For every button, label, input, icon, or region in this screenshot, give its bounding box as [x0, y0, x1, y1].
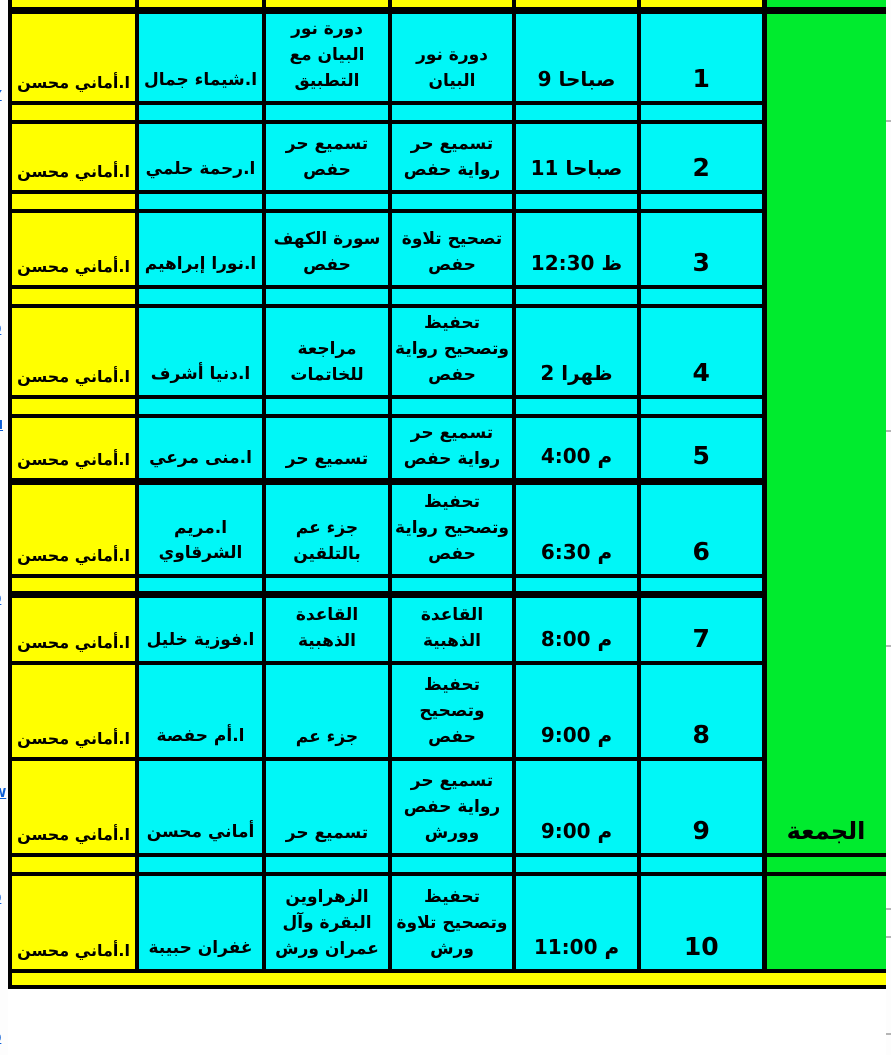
gridline-tick [886, 908, 891, 910]
schedule-table: ا.أماني محسن ا.شيماء جمال دورة نور البيا… [8, 0, 891, 989]
cell-top-strip [514, 0, 639, 10]
spacer-cell [390, 103, 514, 122]
cell-lesson-type[interactable]: تحفيظ وتصحيح رواية حفص [390, 482, 514, 576]
cell-time[interactable]: ظهرا 2 [514, 306, 639, 397]
cell-lesson-detail[interactable]: سورة الكهف حفص [264, 211, 390, 287]
spacer-cell [10, 192, 137, 211]
cell-teacher[interactable]: أماني محسن [137, 759, 264, 855]
cell-teacher[interactable]: ا.رحمة حلمي [137, 122, 264, 192]
spacer-cell [137, 103, 264, 122]
cell-day-top-strip [764, 0, 888, 10]
cell-lesson-type[interactable]: تسميع حر رواية حفص وورش [390, 759, 514, 855]
table-row-spacer [10, 855, 888, 874]
cell-supervisor[interactable]: ا.أماني محسن [10, 759, 137, 855]
spacer-cell [639, 287, 764, 306]
cell-session-number[interactable]: 7 [639, 595, 764, 663]
cell-lesson-type[interactable]: تحفيظ وتصحيح تلاوة ورش [390, 874, 514, 971]
table-row: ا.أماني محسن ا.فوزية خليل القاعدة الذهبي… [10, 595, 888, 663]
cell-supervisor[interactable]: ا.أماني محسن [10, 482, 137, 576]
table-row: ا.أماني محسن ا.دنيا أشرف مراجعة للخاتمات… [10, 306, 888, 397]
cell-teacher[interactable]: غفران حبيبة [137, 874, 264, 971]
cell-lesson-detail[interactable]: القاعدة الذهبية [264, 595, 390, 663]
hyperlink-fragment: 0 [0, 322, 8, 336]
spacer-cell [137, 855, 264, 874]
table-row: ا.أماني محسن غفران حبيبة الزهراوين البقر… [10, 874, 888, 971]
cell-time[interactable]: م 11:00 [514, 874, 639, 971]
hyperlink-fragment: 0 [0, 1031, 8, 1045]
cell-day-bottom [764, 874, 888, 971]
spacer-cell [639, 576, 764, 595]
cell-lesson-detail[interactable]: مراجعة للخاتمات [264, 306, 390, 397]
cell-lesson-detail[interactable]: جزء عم [264, 663, 390, 759]
cell-lesson-type[interactable]: تحفيظ وتصحيح رواية حفص [390, 306, 514, 397]
cell-top-strip [639, 0, 764, 10]
cell-session-number[interactable]: 10 [639, 874, 764, 971]
cell-top-strip [264, 0, 390, 10]
table-row: ا.أماني محسن أماني محسن تسميع حر تسميع ح… [10, 759, 888, 855]
hyperlink-fragment: W [0, 786, 8, 800]
cell-lesson-type[interactable]: تسميع حر رواية حفص [390, 122, 514, 192]
cell-time[interactable]: م 9:00 [514, 759, 639, 855]
spacer-cell [390, 287, 514, 306]
cell-bottom-strip [10, 971, 888, 987]
cell-lesson-detail[interactable]: تسميع حر حفص [264, 122, 390, 192]
cell-session-number[interactable]: 9 [639, 759, 764, 855]
cropped-left-column: Y 0 N 0 W 0 0 [0, 0, 8, 1055]
cell-teacher[interactable]: ا.دنيا أشرف [137, 306, 264, 397]
spacer-cell [10, 397, 137, 416]
cell-lesson-detail[interactable]: الزهراوين البقرة وآل عمران ورش [264, 874, 390, 971]
spacer-cell [514, 287, 639, 306]
table-row: ا.أماني محسن ا.شيماء جمال دورة نور البيا… [10, 10, 888, 103]
spacer-cell [10, 855, 137, 874]
table-row: ا.أماني محسن ا.رحمة حلمي تسميع حر حفص تس… [10, 122, 888, 192]
table-row: ا.أماني محسن ا.منى مرعي تسميع حر تسميع ح… [10, 416, 888, 482]
table-row-spacer [10, 192, 888, 211]
cell-time[interactable]: م 8:00 [514, 595, 639, 663]
cell-time[interactable]: م 9:00 [514, 663, 639, 759]
gridline-tick [886, 936, 891, 938]
table-row-spacer [10, 287, 888, 306]
spreadsheet-screenshot: Y 0 N 0 W 0 0 ا.أما [0, 0, 891, 1055]
cell-top-strip [10, 0, 137, 10]
spacer-cell [514, 192, 639, 211]
spacer-cell [264, 576, 390, 595]
table-row-top-strip [10, 0, 888, 10]
spacer-cell [514, 103, 639, 122]
cell-supervisor[interactable]: ا.أماني محسن [10, 10, 137, 103]
cell-supervisor[interactable]: ا.أماني محسن [10, 663, 137, 759]
spacer-cell [137, 576, 264, 595]
cell-teacher[interactable]: ا.مريم الشرقاوي [137, 482, 264, 576]
cell-teacher[interactable]: ا.نورا إبراهيم [137, 211, 264, 287]
table-row-bottom-strip [10, 971, 888, 987]
spacer-cell [137, 192, 264, 211]
spacer-cell [390, 576, 514, 595]
spacer-cell [639, 192, 764, 211]
cropped-right-gridline-strip [886, 0, 891, 1055]
spacer-cell [514, 855, 639, 874]
cell-lesson-type[interactable]: دورة نور البيان [390, 10, 514, 103]
cell-top-strip [137, 0, 264, 10]
cell-session-number[interactable]: 5 [639, 416, 764, 482]
cell-time[interactable]: ظ 12:30 [514, 211, 639, 287]
gridline-tick [886, 1033, 891, 1035]
spacer-cell [10, 103, 137, 122]
cell-teacher[interactable]: ا.أم حفصة [137, 663, 264, 759]
spacer-cell [390, 192, 514, 211]
gridline-tick [886, 645, 891, 647]
cell-day-friday[interactable]: الجمعة [764, 10, 888, 855]
gridline-tick [886, 120, 891, 122]
cell-supervisor[interactable]: ا.أماني محسن [10, 211, 137, 287]
spacer-cell [10, 576, 137, 595]
cell-supervisor[interactable]: ا.أماني محسن [10, 306, 137, 397]
cell-session-number[interactable]: 1 [639, 10, 764, 103]
table-row: ا.أماني محسن ا.مريم الشرقاوي جزء عم بالت… [10, 482, 888, 576]
table-row: ا.أماني محسن ا.نورا إبراهيم سورة الكهف ح… [10, 211, 888, 287]
cell-teacher[interactable]: ا.فوزية خليل [137, 595, 264, 663]
spacer-cell [264, 192, 390, 211]
cell-supervisor[interactable]: ا.أماني محسن [10, 595, 137, 663]
cell-session-number[interactable]: 6 [639, 482, 764, 576]
hyperlink-fragment: Y [0, 88, 8, 102]
spacer-cell [390, 397, 514, 416]
cell-supervisor[interactable]: ا.أماني محسن [10, 874, 137, 971]
spacer-cell [137, 397, 264, 416]
cell-lesson-type[interactable]: تحفيظ وتصحيح حفص [390, 663, 514, 759]
cell-lesson-type[interactable]: القاعدة الذهبية [390, 595, 514, 663]
cell-top-strip [390, 0, 514, 10]
spacer-cell [390, 855, 514, 874]
table-row-spacer [10, 103, 888, 122]
cell-session-number[interactable]: 4 [639, 306, 764, 397]
cell-teacher[interactable]: ا.منى مرعي [137, 416, 264, 482]
table-row: ا.أماني محسن ا.أم حفصة جزء عم تحفيظ وتصح… [10, 663, 888, 759]
spacer-cell [639, 855, 764, 874]
cell-lesson-detail[interactable]: تسميع حر [264, 416, 390, 482]
gridline-tick [886, 430, 891, 432]
cell-session-number[interactable]: 2 [639, 122, 764, 192]
spacer-cell [264, 397, 390, 416]
cell-lesson-detail[interactable]: جزء عم بالتلقين [264, 482, 390, 576]
cell-session-number[interactable]: 8 [639, 663, 764, 759]
spacer-cell [639, 397, 764, 416]
cell-teacher[interactable]: ا.شيماء جمال [137, 10, 264, 103]
cell-time[interactable]: م 6:30 [514, 482, 639, 576]
spacer-cell [264, 855, 390, 874]
hyperlink-fragment: 0 [0, 891, 8, 905]
spacer-cell [264, 287, 390, 306]
table-row-spacer [10, 576, 888, 595]
cell-lesson-detail[interactable]: تسميع حر [264, 759, 390, 855]
spacer-cell [264, 103, 390, 122]
cell-time[interactable]: صباحا 11 [514, 122, 639, 192]
cell-supervisor[interactable]: ا.أماني محسن [10, 122, 137, 192]
spacer-cell [137, 287, 264, 306]
cell-day-spacer [764, 855, 888, 874]
cell-time[interactable]: صباحا 9 [514, 10, 639, 103]
spacer-cell [514, 397, 639, 416]
spacer-cell [514, 576, 639, 595]
cell-lesson-type[interactable]: تسميع حر رواية حفص [390, 416, 514, 482]
spacer-cell [10, 287, 137, 306]
spacer-cell [639, 103, 764, 122]
table-row-spacer [10, 397, 888, 416]
cell-time[interactable]: م 4:00 [514, 416, 639, 482]
cell-supervisor[interactable]: ا.أماني محسن [10, 416, 137, 482]
hyperlink-fragment: N [0, 418, 8, 432]
cell-lesson-detail[interactable]: دورة نور البيان مع التطبيق [264, 10, 390, 103]
cell-session-number[interactable]: 3 [639, 211, 764, 287]
hyperlink-fragment: 0 [0, 592, 8, 606]
cell-lesson-type[interactable]: تصحيح تلاوة حفص [390, 211, 514, 287]
